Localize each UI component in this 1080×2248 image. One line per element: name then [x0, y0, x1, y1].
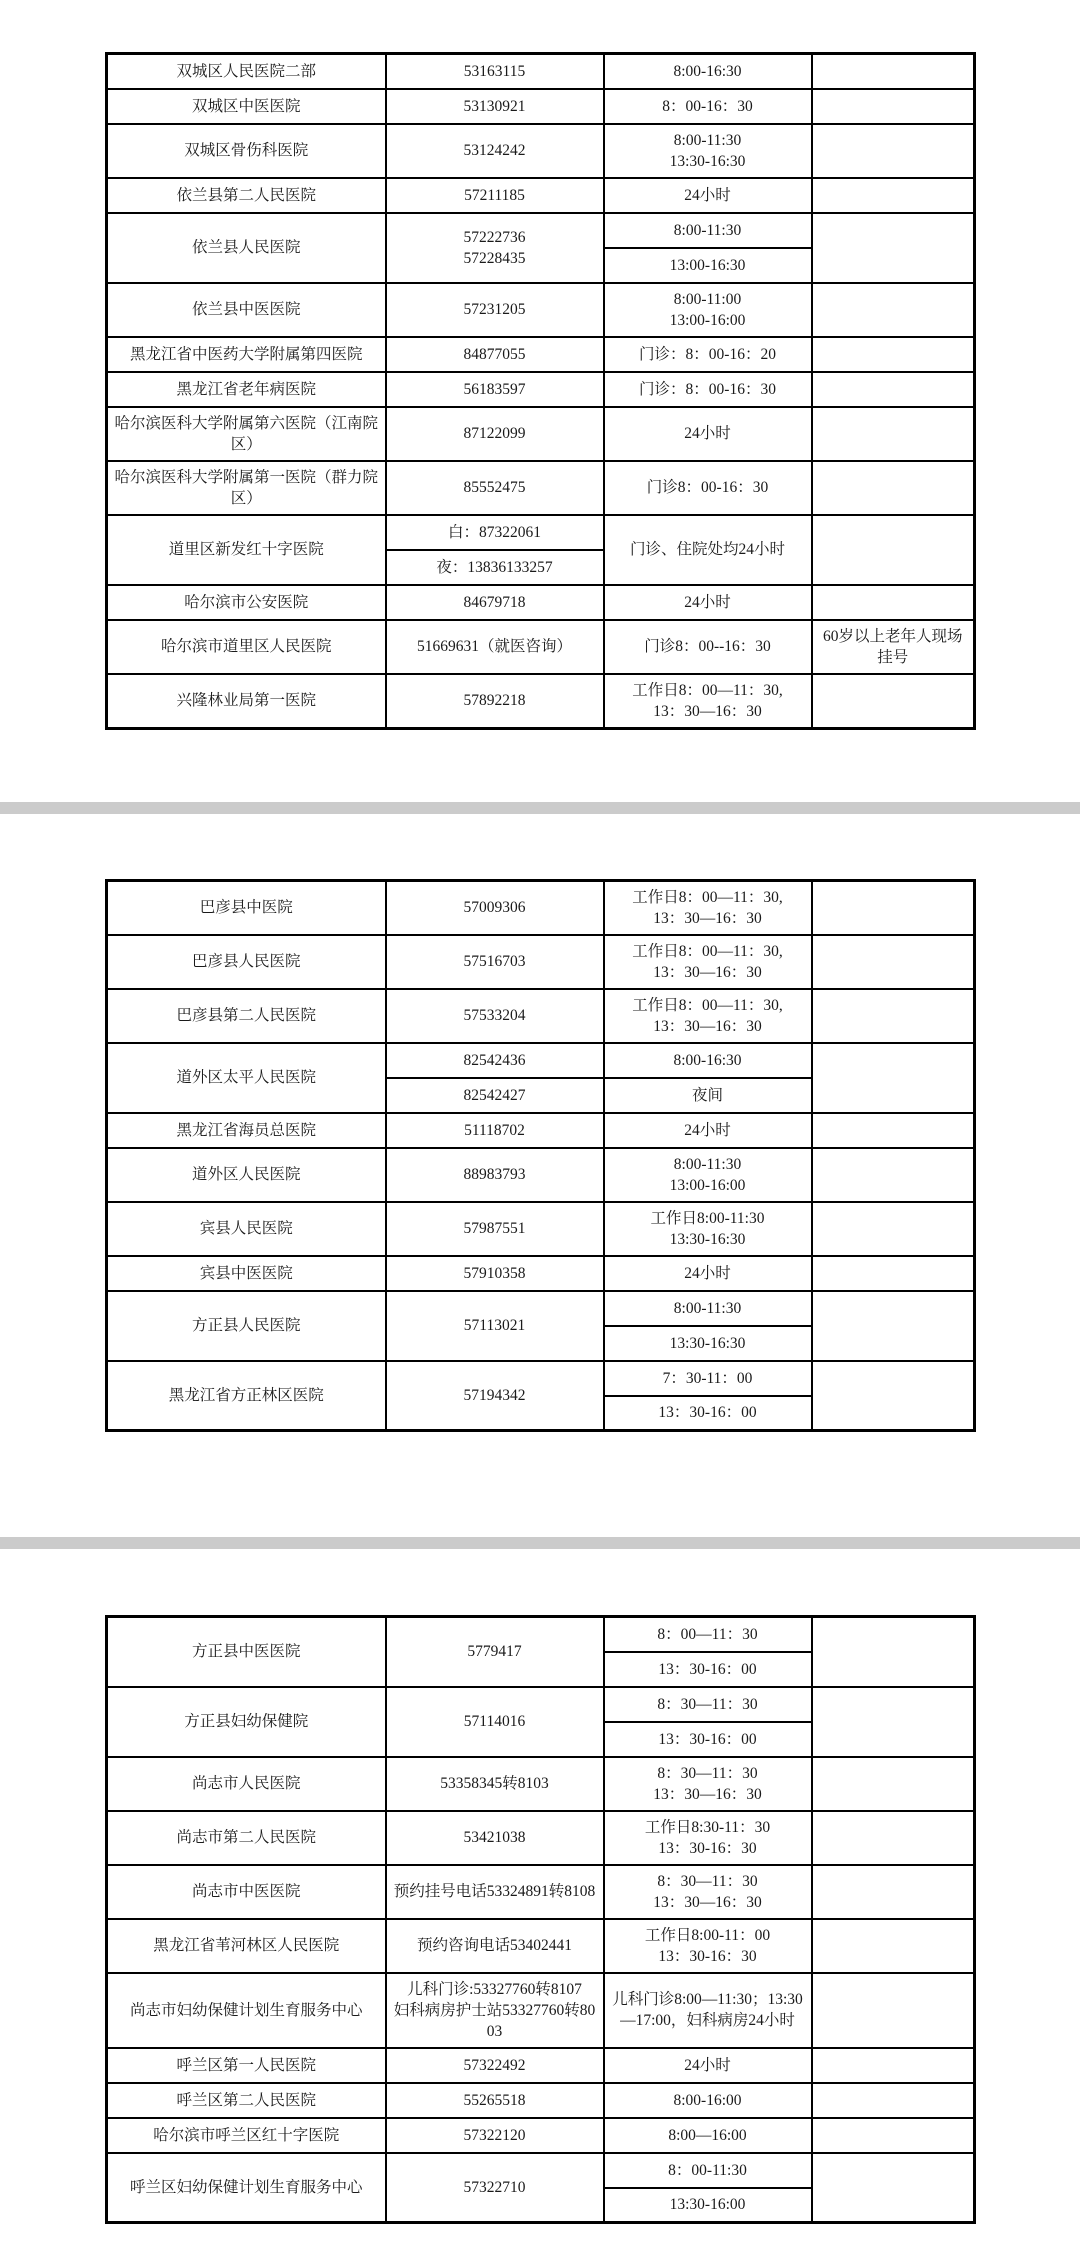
phone-cell: 57533204 — [386, 989, 604, 1043]
hours-cell: 13:00-16:30 — [604, 248, 812, 283]
hospital-name-cell: 双城区骨伤科医院 — [107, 124, 386, 178]
phone-cell: 5779417 — [386, 1617, 604, 1687]
table-row: 双城区人民医院二部531631158:00-16:30 — [107, 54, 975, 89]
note-cell — [812, 674, 975, 729]
phone-cell: 56183597 — [386, 372, 604, 407]
hours-cell: 8:00-16:30 — [604, 1043, 812, 1078]
hospital-name-cell: 哈尔滨市公安医院 — [107, 585, 386, 620]
hospital-name-cell: 哈尔滨医科大学附属第六医院（江南院区） — [107, 407, 386, 461]
phone-cell: 53358345转8103 — [386, 1757, 604, 1811]
table-row: 方正县妇幼保健院571140168：30—11：30 — [107, 1687, 975, 1722]
hours-cell: 24小时 — [604, 1113, 812, 1148]
hospital-name-cell: 巴彦县人民医院 — [107, 935, 386, 989]
phone-cell: 57009306 — [386, 880, 604, 935]
note-cell — [812, 2153, 975, 2223]
table-row: 黑龙江省方正林区医院571943427：30-11：00 — [107, 1361, 975, 1396]
note-cell — [812, 213, 975, 283]
phone-cell: 82542436 — [386, 1043, 604, 1078]
hospital-name-cell: 双城区人民医院二部 — [107, 54, 386, 89]
phone-cell: 85552475 — [386, 461, 604, 515]
hours-cell: 24小时 — [604, 2048, 812, 2083]
table-row: 哈尔滨市呼兰区红十字医院573221208:00—16:00 — [107, 2118, 975, 2153]
phone-cell: 53130921 — [386, 89, 604, 124]
phone-cell: 57322492 — [386, 2048, 604, 2083]
hours-cell: 门诊：8：00-16：20 — [604, 337, 812, 372]
hours-cell: 8:00-11:30 — [604, 1291, 812, 1326]
phone-cell: 84679718 — [386, 585, 604, 620]
table-row: 黑龙江省苇河林区人民医院预约咨询电话53402441工作日8:00-11：00 … — [107, 1919, 975, 1973]
phone-cell: 57322710 — [386, 2153, 604, 2223]
table-row: 双城区中医医院531309218：00-16：30 — [107, 89, 975, 124]
note-cell — [812, 1291, 975, 1361]
note-cell — [812, 124, 975, 178]
table-row: 呼兰区第二人民医院552655188:00-16:00 — [107, 2083, 975, 2118]
hours-cell: 工作日8：00—11：30, 13：30—16：30 — [604, 989, 812, 1043]
hospital-name-cell: 呼兰区第一人民医院 — [107, 2048, 386, 2083]
phone-cell: 儿科门诊:53327760转8107 妇科病房护士站53327760转8003 — [386, 1973, 604, 2048]
note-cell — [812, 1973, 975, 2048]
note-cell — [812, 1811, 975, 1865]
phone-cell: 51118702 — [386, 1113, 604, 1148]
hospital-name-cell: 尚志市妇幼保健计划生育服务中心 — [107, 1973, 386, 2048]
note-cell — [812, 515, 975, 585]
hours-cell: 13：30-16：00 — [604, 1722, 812, 1757]
phone-cell: 57987551 — [386, 1202, 604, 1256]
table-row: 依兰县人民医院57222736 572284358:00-11:30 — [107, 213, 975, 248]
note-cell — [812, 1256, 975, 1291]
hospital-name-cell: 尚志市第二人民医院 — [107, 1811, 386, 1865]
hospital-table-3: 方正县中医医院57794178：00—11：3013：30-16：00方正县妇幼… — [105, 1615, 976, 2224]
hours-cell: 工作日8：00—11：30, 13：30—16：30 — [604, 935, 812, 989]
hospital-name-cell: 方正县人民医院 — [107, 1291, 386, 1361]
hospital-name-cell: 黑龙江省老年病医院 — [107, 372, 386, 407]
note-cell — [812, 283, 975, 337]
hospital-name-cell: 黑龙江省中医药大学附属第四医院 — [107, 337, 386, 372]
note-cell — [812, 935, 975, 989]
table-row: 双城区骨伤科医院531242428:00-11:30 13:30-16:30 — [107, 124, 975, 178]
table-row: 巴彦县第二人民医院57533204工作日8：00—11：30, 13：30—16… — [107, 989, 975, 1043]
phone-cell: 57322120 — [386, 2118, 604, 2153]
page-separator — [0, 802, 1080, 814]
hospital-name-cell: 兴隆林业局第一医院 — [107, 674, 386, 729]
table-row: 宾县中医医院5791035824小时 — [107, 1256, 975, 1291]
phone-cell: 57211185 — [386, 178, 604, 213]
hours-cell: 8:00-16:00 — [604, 2083, 812, 2118]
note-cell — [812, 54, 975, 89]
hospital-name-cell: 巴彦县中医院 — [107, 880, 386, 935]
table-row: 道里区新发红十字医院白：87322061门诊、住院处均24小时 — [107, 515, 975, 550]
table-row: 尚志市中医医院预约挂号电话53324891转81088：30—11：30 13：… — [107, 1865, 975, 1919]
phone-cell: 82542427 — [386, 1078, 604, 1113]
hospital-name-cell: 双城区中医医院 — [107, 89, 386, 124]
phone-cell: 57194342 — [386, 1361, 604, 1431]
hospital-name-cell: 巴彦县第二人民医院 — [107, 989, 386, 1043]
hours-cell: 24小时 — [604, 1256, 812, 1291]
note-cell — [812, 1687, 975, 1757]
phone-cell: 84877055 — [386, 337, 604, 372]
phone-cell: 预约咨询电话53402441 — [386, 1919, 604, 1973]
hours-cell: 工作日8:30-11：30 13：30-16：30 — [604, 1811, 812, 1865]
note-cell — [812, 1865, 975, 1919]
hospital-name-cell: 依兰县第二人民医院 — [107, 178, 386, 213]
table-row: 巴彦县中医院57009306工作日8：00—11：30, 13：30—16：30 — [107, 880, 975, 935]
phone-cell: 51669631（就医咨询） — [386, 620, 604, 674]
note-cell — [812, 1919, 975, 1973]
hospital-table-1: 双城区人民医院二部531631158:00-16:30双城区中医医院531309… — [105, 52, 976, 730]
table-row: 黑龙江省中医药大学附属第四医院84877055门诊：8：00-16：20 — [107, 337, 975, 372]
hospital-name-cell: 哈尔滨市道里区人民医院 — [107, 620, 386, 674]
hospital-name-cell: 道外区人民医院 — [107, 1148, 386, 1202]
note-cell — [812, 372, 975, 407]
table-row: 依兰县第二人民医院5721118524小时 — [107, 178, 975, 213]
hours-cell: 8:00-11:30 — [604, 213, 812, 248]
phone-cell: 57222736 57228435 — [386, 213, 604, 283]
phone-cell: 57114016 — [386, 1687, 604, 1757]
note-cell — [812, 1202, 975, 1256]
hours-cell: 门诊8：00--16：30 — [604, 620, 812, 674]
hospital-name-cell: 黑龙江省苇河林区人民医院 — [107, 1919, 386, 1973]
hours-cell: 工作日8：00—11：30, 13：30—16：30 — [604, 674, 812, 729]
note-cell — [812, 2083, 975, 2118]
hours-cell: 工作日8:00-11:30 13:30-16:30 — [604, 1202, 812, 1256]
phone-cell: 57231205 — [386, 283, 604, 337]
phone-cell: 夜：13836133257 — [386, 550, 604, 585]
hours-cell: 8：00-16：30 — [604, 89, 812, 124]
table-row: 方正县人民医院571130218:00-11:30 — [107, 1291, 975, 1326]
hospital-name-cell: 宾县人民医院 — [107, 1202, 386, 1256]
hospital-table-2: 巴彦县中医院57009306工作日8：00—11：30, 13：30—16：30… — [105, 879, 976, 1433]
hospital-name-cell: 黑龙江省海员总医院 — [107, 1113, 386, 1148]
hours-cell: 8：30—11：30 13：30—16：30 — [604, 1865, 812, 1919]
hours-cell: 13：30-16：00 — [604, 1652, 812, 1687]
phone-cell: 57892218 — [386, 674, 604, 729]
hospital-name-cell: 尚志市中医医院 — [107, 1865, 386, 1919]
hours-cell: 24小时 — [604, 585, 812, 620]
document-page: 双城区人民医院二部531631158:00-16:30双城区中医医院531309… — [0, 0, 1080, 2248]
phone-cell: 白：87322061 — [386, 515, 604, 550]
table-row: 尚志市人民医院53358345转81038：30—11：30 13：30—16：… — [107, 1757, 975, 1811]
hours-cell: 24小时 — [604, 178, 812, 213]
hours-cell: 门诊、住院处均24小时 — [604, 515, 812, 585]
note-cell — [812, 178, 975, 213]
hospital-name-cell: 道里区新发红十字医院 — [107, 515, 386, 585]
table-row: 道外区人民医院889837938:00-11:30 13:00-16:00 — [107, 1148, 975, 1202]
hours-cell: 门诊：8：00-16：30 — [604, 372, 812, 407]
hospital-name-cell: 道外区太平人民医院 — [107, 1043, 386, 1113]
note-cell — [812, 880, 975, 935]
hospital-name-cell: 哈尔滨医科大学附属第一医院（群力院区） — [107, 461, 386, 515]
note-cell — [812, 407, 975, 461]
phone-cell: 57910358 — [386, 1256, 604, 1291]
note-cell — [812, 989, 975, 1043]
hours-cell: 8：00—11：30 — [604, 1617, 812, 1652]
hours-cell: 工作日8：00—11：30, 13：30—16：30 — [604, 880, 812, 935]
hours-cell: 夜间 — [604, 1078, 812, 1113]
table-row: 兴隆林业局第一医院57892218工作日8：00—11：30, 13：30—16… — [107, 674, 975, 729]
note-cell — [812, 1361, 975, 1431]
hospital-name-cell: 哈尔滨市呼兰区红十字医院 — [107, 2118, 386, 2153]
hours-cell: 儿科门诊8:00—11:30；13:30—17:00，妇科病房24小时 — [604, 1973, 812, 2048]
table-row: 哈尔滨医科大学附属第六医院（江南院区）8712209924小时 — [107, 407, 975, 461]
phone-cell: 55265518 — [386, 2083, 604, 2118]
hospital-name-cell: 呼兰区妇幼保健计划生育服务中心 — [107, 2153, 386, 2223]
hours-cell: 8：00-11:30 — [604, 2153, 812, 2188]
note-cell — [812, 89, 975, 124]
table-row: 黑龙江省海员总医院5111870224小时 — [107, 1113, 975, 1148]
phone-cell: 53421038 — [386, 1811, 604, 1865]
table-row: 巴彦县人民医院57516703工作日8：00—11：30, 13：30—16：3… — [107, 935, 975, 989]
hours-cell: 8:00-16:30 — [604, 54, 812, 89]
hospital-name-cell: 依兰县人民医院 — [107, 213, 386, 283]
table-row: 哈尔滨市道里区人民医院51669631（就医咨询）门诊8：00--16：3060… — [107, 620, 975, 674]
hours-cell: 8:00-11:30 13:30-16:30 — [604, 124, 812, 178]
hours-cell: 13:30-16:30 — [604, 1326, 812, 1361]
hours-cell: 门诊8：00-16：30 — [604, 461, 812, 515]
note-cell — [812, 1617, 975, 1687]
note-cell — [812, 337, 975, 372]
hospital-name-cell: 依兰县中医医院 — [107, 283, 386, 337]
phone-cell: 88983793 — [386, 1148, 604, 1202]
table-row: 尚志市第二人民医院53421038工作日8:30-11：30 13：30-16：… — [107, 1811, 975, 1865]
note-cell — [812, 585, 975, 620]
table-row: 呼兰区第一人民医院5732249224小时 — [107, 2048, 975, 2083]
hospital-name-cell: 方正县妇幼保健院 — [107, 1687, 386, 1757]
hospital-name-cell: 宾县中医医院 — [107, 1256, 386, 1291]
phone-cell: 53124242 — [386, 124, 604, 178]
table-row: 道外区太平人民医院825424368:00-16:30 — [107, 1043, 975, 1078]
hours-cell: 8:00-11:30 13:00-16:00 — [604, 1148, 812, 1202]
hours-cell: 7：30-11：00 — [604, 1361, 812, 1396]
hours-cell: 13:30-16:00 — [604, 2188, 812, 2223]
table-row: 呼兰区妇幼保健计划生育服务中心573227108：00-11:30 — [107, 2153, 975, 2188]
hospital-name-cell: 黑龙江省方正林区医院 — [107, 1361, 386, 1431]
table-row: 黑龙江省老年病医院56183597门诊：8：00-16：30 — [107, 372, 975, 407]
hospital-name-cell: 方正县中医医院 — [107, 1617, 386, 1687]
hours-cell: 8:00-11:00 13:00-16:00 — [604, 283, 812, 337]
note-cell — [812, 2048, 975, 2083]
hours-cell: 8：30—11：30 — [604, 1687, 812, 1722]
table-row: 尚志市妇幼保健计划生育服务中心儿科门诊:53327760转8107 妇科病房护士… — [107, 1973, 975, 2048]
note-cell: 60岁以上老年人现场挂号 — [812, 620, 975, 674]
hospital-name-cell: 尚志市人民医院 — [107, 1757, 386, 1811]
phone-cell: 87122099 — [386, 407, 604, 461]
phone-cell: 预约挂号电话53324891转8108 — [386, 1865, 604, 1919]
note-cell — [812, 1043, 975, 1113]
hospital-name-cell: 呼兰区第二人民医院 — [107, 2083, 386, 2118]
hours-cell: 8：30—11：30 13：30—16：30 — [604, 1757, 812, 1811]
phone-cell: 53163115 — [386, 54, 604, 89]
hours-cell: 工作日8:00-11：00 13：30-16：30 — [604, 1919, 812, 1973]
note-cell — [812, 461, 975, 515]
phone-cell: 57516703 — [386, 935, 604, 989]
table-row: 哈尔滨市公安医院8467971824小时 — [107, 585, 975, 620]
note-cell — [812, 1113, 975, 1148]
table-row: 哈尔滨医科大学附属第一医院（群力院区）85552475门诊8：00-16：30 — [107, 461, 975, 515]
note-cell — [812, 2118, 975, 2153]
page-separator — [0, 1537, 1080, 1549]
table-row: 宾县人民医院57987551工作日8:00-11:30 13:30-16:30 — [107, 1202, 975, 1256]
hours-cell: 13：30-16：00 — [604, 1396, 812, 1431]
note-cell — [812, 1757, 975, 1811]
hours-cell: 8:00—16:00 — [604, 2118, 812, 2153]
hours-cell: 24小时 — [604, 407, 812, 461]
note-cell — [812, 1148, 975, 1202]
table-row: 依兰县中医医院572312058:00-11:00 13:00-16:00 — [107, 283, 975, 337]
phone-cell: 57113021 — [386, 1291, 604, 1361]
table-row: 方正县中医医院57794178：00—11：30 — [107, 1617, 975, 1652]
